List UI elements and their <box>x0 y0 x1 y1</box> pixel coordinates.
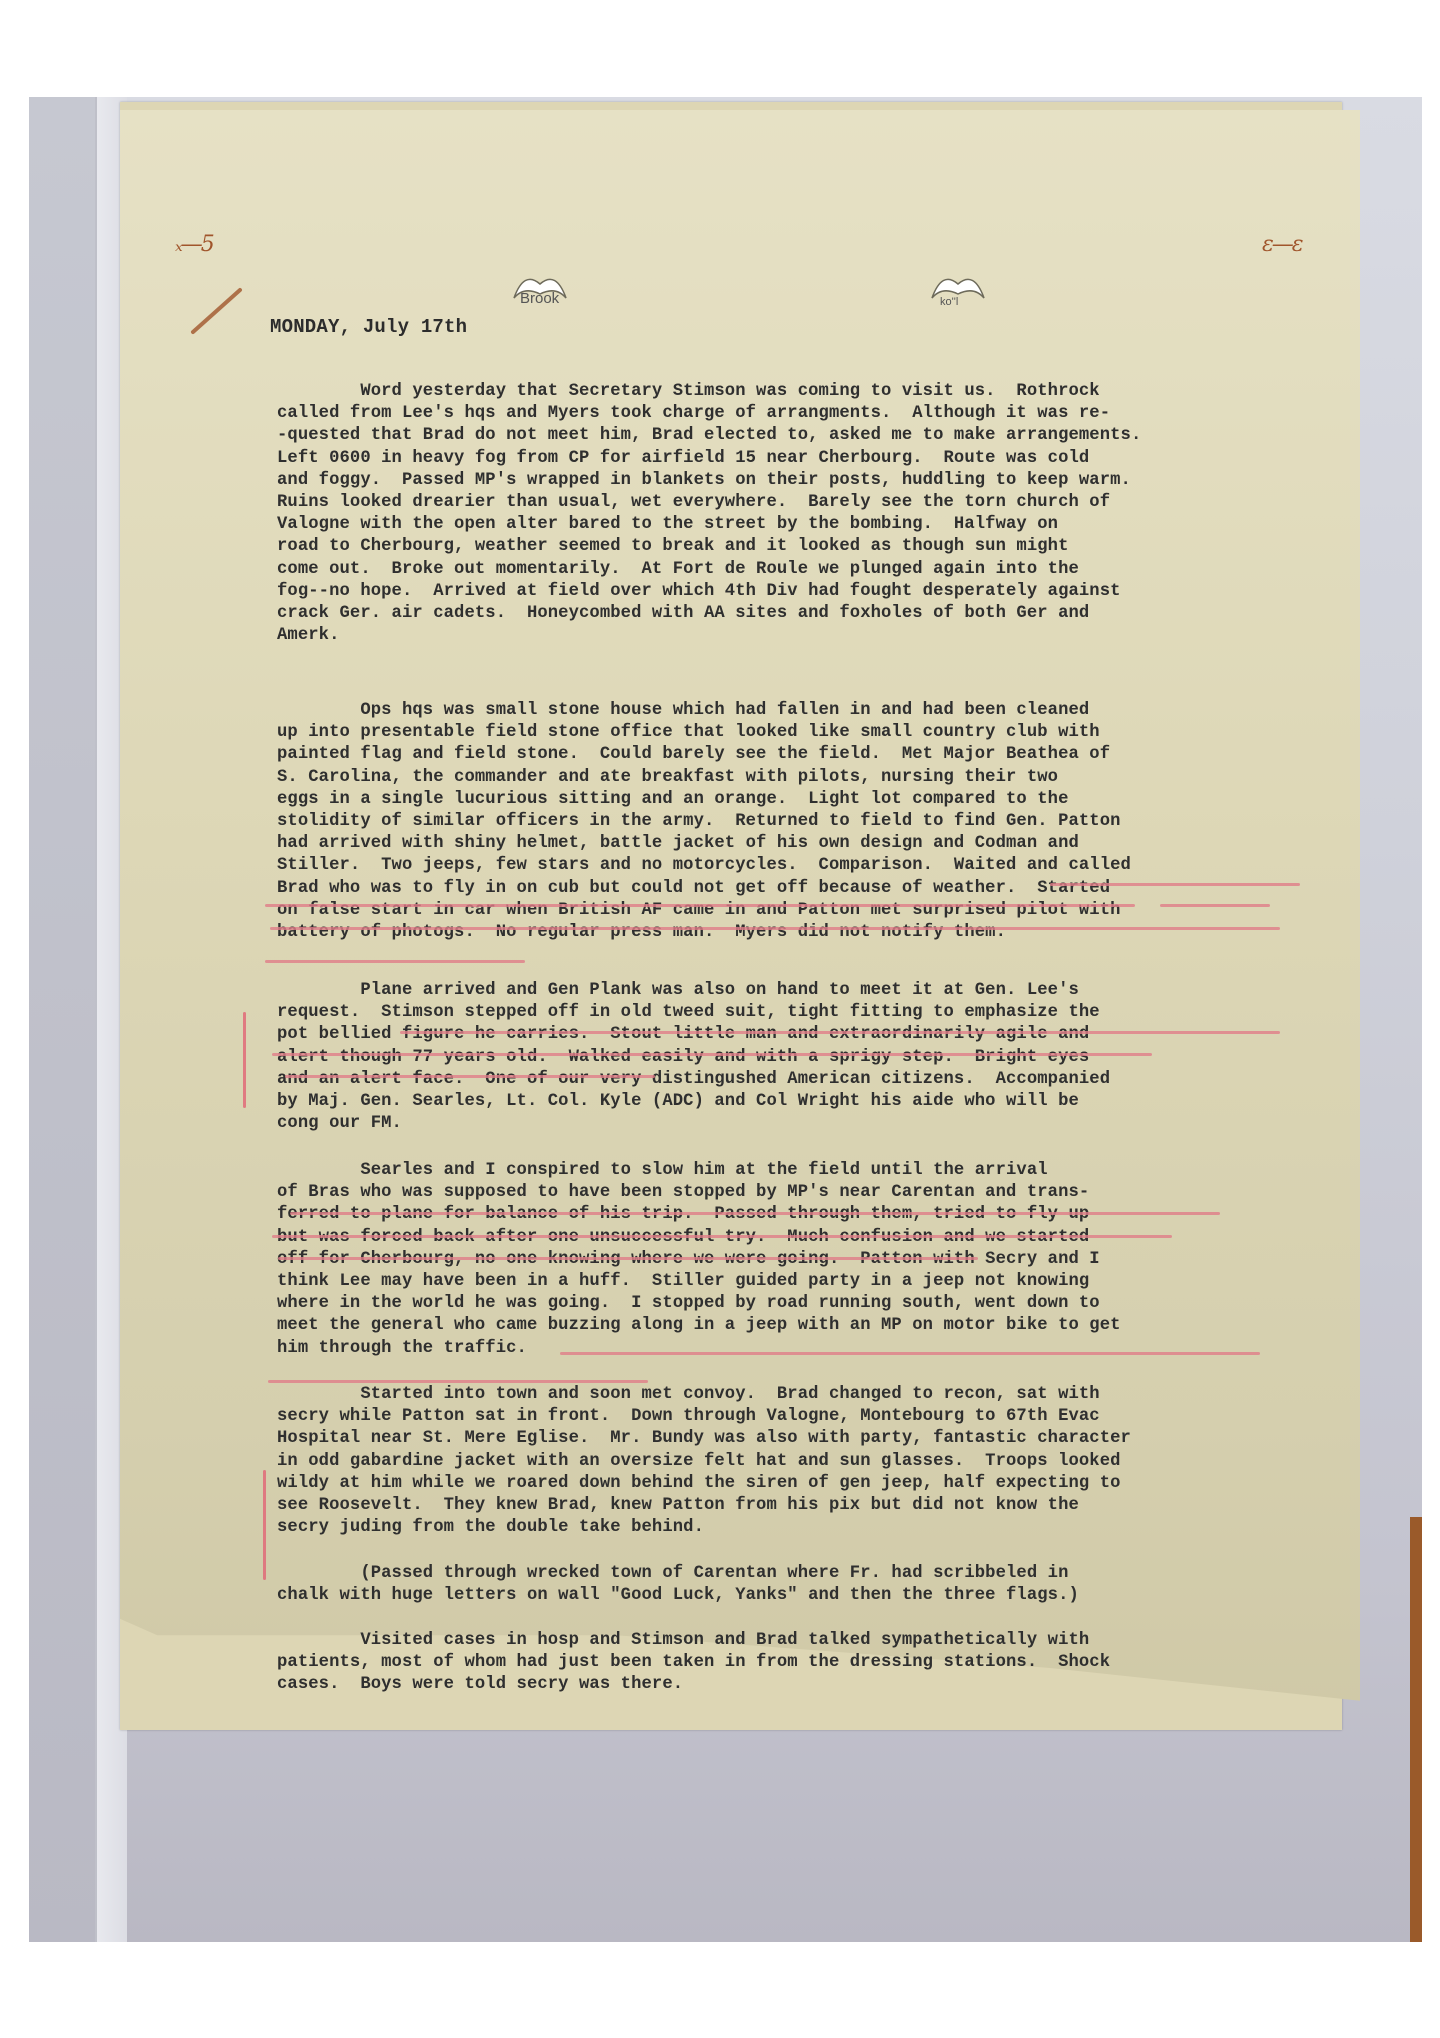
text-line: secry juding from the double take behind… <box>277 1517 1317 1539</box>
red-underline <box>272 1053 1152 1056</box>
punch-hole-label: Brook <box>520 290 559 307</box>
red-underline <box>285 1075 655 1078</box>
red-underline <box>560 1352 1260 1355</box>
text-line: request. Stimson stepped off in old twee… <box>277 1002 1317 1024</box>
text-line: Valogne with the open alter bared to the… <box>277 514 1317 536</box>
red-underline <box>265 960 525 963</box>
text-line: Word yesterday that Secretary Stimson wa… <box>277 381 1317 403</box>
staple-mark-right: ɛ—ɛ <box>1262 232 1302 257</box>
rust-stain-icon <box>185 280 255 340</box>
text-line: up into presentable field stone office t… <box>277 722 1317 744</box>
text-line: in odd gabardine jacket with an oversize… <box>277 1451 1317 1473</box>
text-line: Plane arrived and Gen Plank was also on … <box>277 980 1317 1002</box>
text-line: ferred to plane for balance of his trip.… <box>277 1204 1317 1226</box>
text-line: patients, most of whom had just been tak… <box>277 1652 1317 1674</box>
text-line: and an alert face. One of our very disti… <box>277 1069 1317 1091</box>
text-line: eggs in a single lucurious sitting and a… <box>277 789 1317 811</box>
paragraph: Visited cases in hosp and Stimson and Br… <box>277 1630 1317 1697</box>
red-underline <box>268 1380 648 1383</box>
text-line: cong our FM. <box>277 1113 1317 1135</box>
text-line: Ruins looked drearier than usual, wet ev… <box>277 492 1317 514</box>
text-line: where in the world he was going. I stopp… <box>277 1293 1317 1315</box>
text-line: cases. Boys were told secry was there. <box>277 1674 1317 1696</box>
text-line: see Roosevelt. They knew Brad, knew Patt… <box>277 1495 1317 1517</box>
text-line: think Lee may have been in a huff. Still… <box>277 1271 1317 1293</box>
text-line: chalk with huge letters on wall "Good Lu… <box>277 1585 1317 1607</box>
text-line: Brad who was to fly in on cub but could … <box>277 878 1317 900</box>
paragraph: Word yesterday that Secretary Stimson wa… <box>277 381 1317 647</box>
text-line: called from Lee's hqs and Myers took cha… <box>277 403 1317 425</box>
text-line: him through the traffic. <box>277 1338 1317 1360</box>
text-line: -quested that Brad do not meet him, Brad… <box>277 425 1317 447</box>
red-margin-mark <box>243 1012 246 1108</box>
punch-hole-label: ko''l <box>940 296 958 308</box>
red-underline <box>272 1235 1172 1238</box>
document-content: ₓ—5 ɛ—ɛ Brook ko''l MONDAY, July 17th Wo… <box>0 0 1440 2038</box>
text-line: Stiller. Two jeeps, few stars and no mot… <box>277 855 1317 877</box>
text-line: Started into town and soon met convoy. B… <box>277 1384 1317 1406</box>
red-margin-mark <box>263 1470 266 1580</box>
staple-mark-left: ₓ—5 <box>175 232 213 257</box>
paragraph: Started into town and soon met convoy. B… <box>277 1384 1317 1539</box>
red-underline <box>265 904 1135 907</box>
text-line: crack Ger. air cadets. Honeycombed with … <box>277 603 1317 625</box>
red-underline <box>290 1212 1220 1215</box>
text-line: (Passed through wrecked town of Carentan… <box>277 1563 1317 1585</box>
text-line: fog--no hope. Arrived at field over whic… <box>277 581 1317 603</box>
red-underline <box>278 1257 978 1260</box>
text-line: by Maj. Gen. Searles, Lt. Col. Kyle (ADC… <box>277 1091 1317 1113</box>
paragraph: Plane arrived and Gen Plank was also on … <box>277 980 1317 1135</box>
red-underline <box>400 1031 1280 1034</box>
text-line: S. Carolina, the commander and ate break… <box>277 767 1317 789</box>
red-underline <box>1050 883 1300 886</box>
text-line: of Bras who was supposed to have been st… <box>277 1182 1317 1204</box>
text-line: Ops hqs was small stone house which had … <box>277 700 1317 722</box>
text-line: battery of photogs. No regular press man… <box>277 922 1317 944</box>
diary-date: MONDAY, July 17th <box>270 316 467 338</box>
text-line: Searles and I conspired to slow him at t… <box>277 1160 1317 1182</box>
text-line: painted flag and field stone. Could bare… <box>277 744 1317 766</box>
text-line: stolidity of similar officers in the arm… <box>277 811 1317 833</box>
text-line: alert though 77 years old. Walked easily… <box>277 1047 1317 1069</box>
text-line: Amerk. <box>277 625 1317 647</box>
text-line: wildy at him while we roared down behind… <box>277 1473 1317 1495</box>
text-line: come out. Broke out momentarily. At Fort… <box>277 559 1317 581</box>
text-line: and foggy. Passed MP's wrapped in blanke… <box>277 470 1317 492</box>
text-line: Hospital near St. Mere Eglise. Mr. Bundy… <box>277 1428 1317 1450</box>
red-underline <box>1160 904 1270 907</box>
text-line: had arrived with shiny helmet, battle ja… <box>277 833 1317 855</box>
paragraph: (Passed through wrecked town of Carentan… <box>277 1563 1317 1607</box>
red-underline <box>270 927 1280 930</box>
text-line: road to Cherbourg, weather seemed to bre… <box>277 536 1317 558</box>
text-line: secry while Patton sat in front. Down th… <box>277 1406 1317 1428</box>
paragraph: Ops hqs was small stone house which had … <box>277 700 1317 944</box>
text-line: meet the general who came buzzing along … <box>277 1315 1317 1337</box>
text-line: pot bellied figure he carries. Stout lit… <box>277 1024 1317 1046</box>
text-line: Visited cases in hosp and Stimson and Br… <box>277 1630 1317 1652</box>
text-line: Left 0600 in heavy fog from CP for airfi… <box>277 448 1317 470</box>
